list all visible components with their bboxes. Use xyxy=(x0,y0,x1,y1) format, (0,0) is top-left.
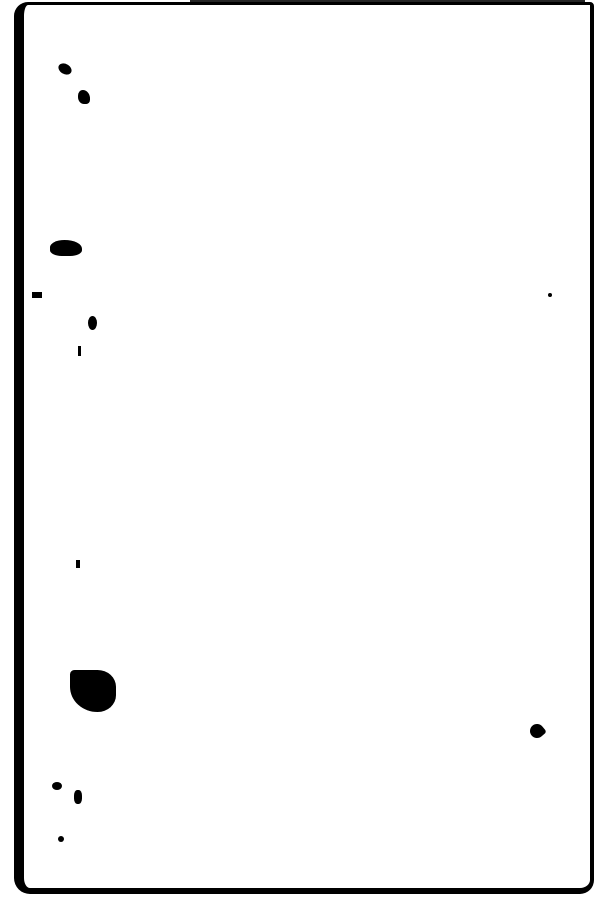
ink-speck xyxy=(50,240,82,256)
ink-speck xyxy=(58,836,64,842)
ink-speck xyxy=(74,790,82,804)
top-edge-shadow xyxy=(190,0,585,4)
ink-speck xyxy=(78,346,81,356)
ink-speck xyxy=(52,782,62,790)
ink-speck xyxy=(88,316,97,330)
ink-speck xyxy=(548,293,552,297)
ink-speck xyxy=(76,560,80,568)
ink-speck xyxy=(32,292,42,298)
ink-speck xyxy=(78,90,90,104)
scanned-page xyxy=(14,2,594,894)
